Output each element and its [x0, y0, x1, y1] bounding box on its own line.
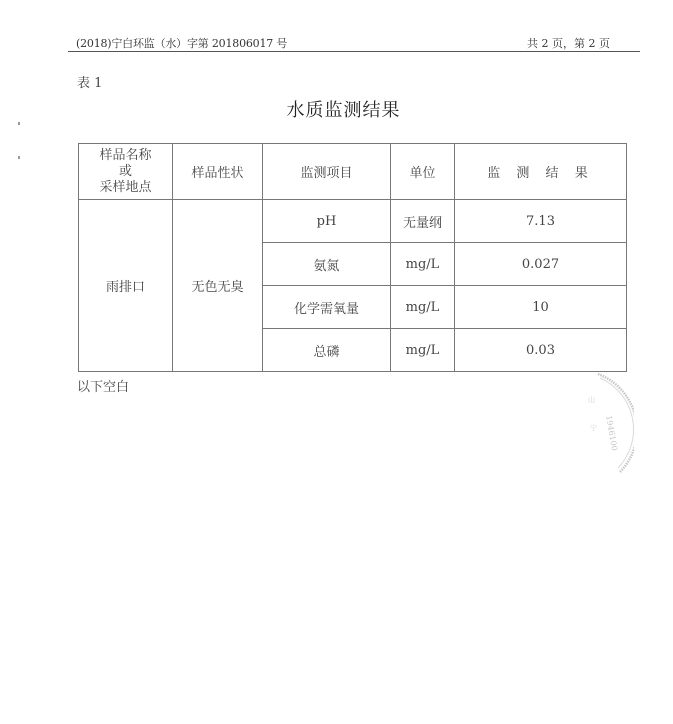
header-sample-property: 样品性状	[173, 144, 263, 200]
svg-text:山: 山	[588, 395, 595, 404]
header-sample-name-line: 样品名称	[79, 148, 172, 164]
page-info: 共 2 页，第 2 页	[527, 35, 610, 51]
table-row: 雨排口 无色无臭 pH 无量纲 7.13	[79, 200, 627, 243]
margin-mark	[18, 156, 20, 159]
header-sample-name-line: 或	[79, 164, 172, 180]
result-cell: 0.027	[455, 243, 627, 286]
sample-property-cell: 无色无臭	[173, 200, 263, 372]
unit-cell: mg/L	[391, 286, 455, 329]
seal-stamp-icon: 1946100 山 宁	[560, 372, 634, 476]
document-title: 水质监测结果	[0, 96, 673, 122]
unit-cell: 无量纲	[391, 200, 455, 243]
header-result: 监 测 结 果	[455, 144, 627, 200]
result-cell: 10	[455, 286, 627, 329]
unit-cell: mg/L	[391, 243, 455, 286]
sample-location-cell: 雨排口	[79, 200, 173, 372]
document-number: (2018)宁白环监（水）字第 201806017 号	[76, 35, 287, 51]
result-cell: 0.03	[455, 329, 627, 372]
item-cell: 氨氮	[263, 243, 391, 286]
header-monitoring-item: 监测项目	[263, 144, 391, 200]
svg-text:1946100: 1946100	[604, 415, 619, 452]
item-cell: pH	[263, 200, 391, 243]
results-table: 样品名称 或 采样地点 样品性状 监测项目 单位 监 测 结 果 雨排口 无色无…	[78, 143, 627, 372]
header-unit: 单位	[391, 144, 455, 200]
table-label: 表 1	[77, 72, 102, 91]
unit-cell: mg/L	[391, 329, 455, 372]
table-header-row: 样品名称 或 采样地点 样品性状 监测项目 单位 监 测 结 果	[79, 144, 627, 200]
header-sample-name: 样品名称 或 采样地点	[79, 144, 173, 200]
header-sample-name-line: 采样地点	[79, 180, 172, 196]
page-header: (2018)宁白环监（水）字第 201806017 号 共 2 页，第 2 页	[68, 34, 640, 52]
item-cell: 化学需氧量	[263, 286, 391, 329]
result-cell: 7.13	[455, 200, 627, 243]
margin-mark	[18, 122, 20, 125]
blank-below-note: 以下空白	[77, 376, 129, 395]
svg-text:宁: 宁	[590, 423, 597, 432]
item-cell: 总磷	[263, 329, 391, 372]
